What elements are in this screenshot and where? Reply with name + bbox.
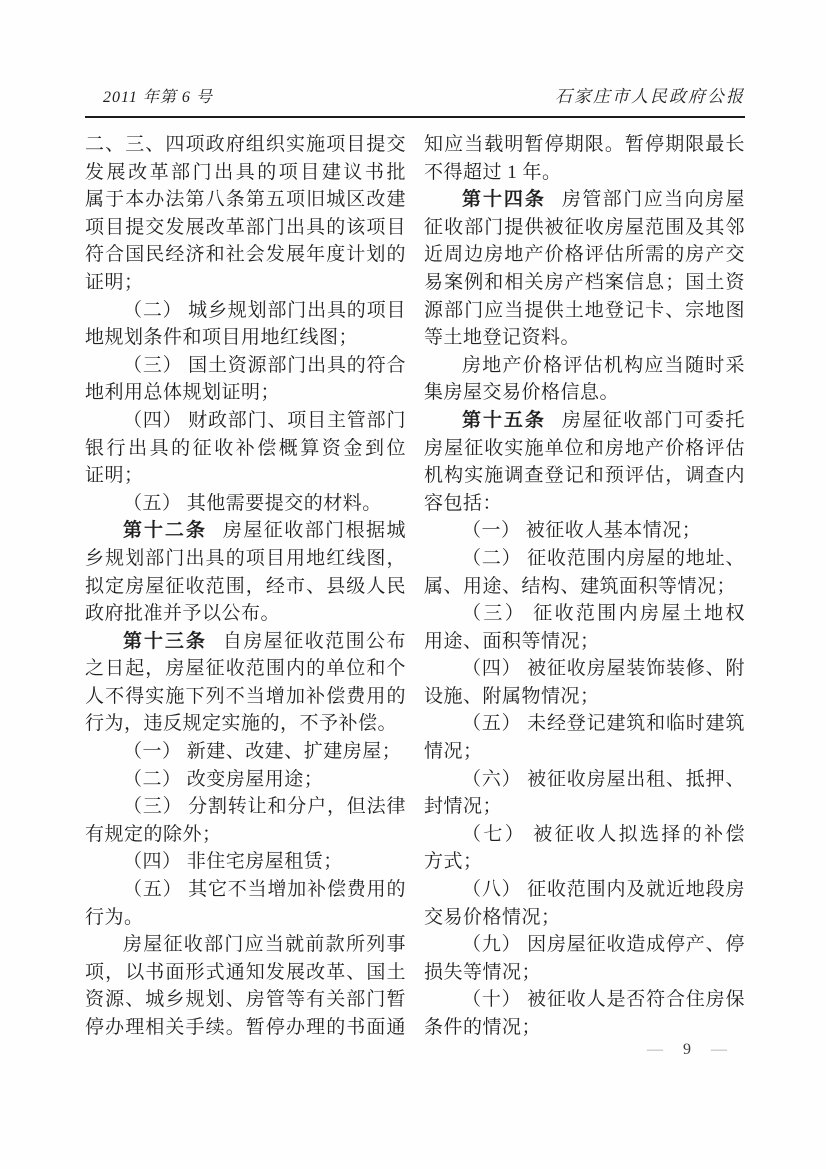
text-line: 属、用途、结构、建筑面积等情况； [424, 573, 745, 601]
text-line: 行为。 [85, 904, 406, 932]
text-line: （四） 非住宅房屋租赁； [85, 848, 406, 876]
text-line: 封情况； [424, 793, 745, 821]
text-line: 第十五条房屋征收部门可委托 [424, 407, 745, 435]
text-line: 源部门应当提供土地登记卡、宗地图 [424, 297, 745, 325]
text-line: 方式； [424, 848, 745, 876]
text-line: 拟定房屋征收范围，经市、县级人民 [85, 573, 406, 601]
text-line: 交易价格情况； [424, 904, 745, 932]
text-line: （四） 被征收房屋装饰装修、附属 [424, 655, 745, 683]
article-number: 第十五条 [462, 410, 562, 431]
text-line: 房地产价格评估机构应当随时采 [424, 352, 745, 380]
text-line: 之日起，房屋征收范围内的单位和个 [85, 655, 406, 683]
text-line: 项，以书面形式通知发展改革、国土 [85, 959, 406, 987]
text-line: 近周边房地产价格评估所需的房产交 [424, 241, 745, 269]
text-line: 银行出具的征收补偿概算资金到位 [85, 435, 406, 463]
text-line: 符合国民经济和社会发展年度计划的 [85, 241, 406, 269]
text-line: （七） 被征收人拟选择的补偿 [424, 821, 745, 849]
page-footer: — 9 — [85, 1041, 745, 1059]
article-number: 第十三条 [123, 631, 223, 652]
right-column: 知应当载明暂停期限。暂停期限最长不得超过 1 年。第十四条房管部门应当向房屋征收… [424, 131, 745, 1042]
text-line: （十） 被征收人是否符合住房保障 [424, 986, 745, 1014]
text-line: 房屋征收部门应当就前款所列事 [85, 931, 406, 959]
text-line: 征收部门提供被征收房屋范围及其邻 [424, 214, 745, 242]
text-line: 设施、附属物情况； [424, 683, 745, 711]
text-line: 易案例和相关房产档案信息；国土资 [424, 269, 745, 297]
text-line: 属于本办法第八条第五项旧城区改建 [85, 186, 406, 214]
text-line: 情况； [424, 738, 745, 766]
text-line: 政府批准并予以公布。 [85, 600, 406, 628]
text-line: （三） 国土资源部门出具的符合土 [85, 352, 406, 380]
text-line: （三） 征收范围内房屋土地权属、 [424, 600, 745, 628]
page-number: 9 [683, 1041, 691, 1058]
text-line: 用途、面积等情况； [424, 628, 745, 656]
text-line: （二） 征收范围内房屋的地址、权 [424, 545, 745, 573]
text-line: 房屋征收实施单位和房地产价格评估 [424, 435, 745, 463]
text-line: （一） 被征收人基本情况； [424, 517, 745, 545]
page-header: 2011 年第 6 号 石家庄市人民政府公报 [85, 82, 745, 118]
article-number: 第十四条 [462, 189, 562, 210]
text-line: （三） 分割转让和分户，但法律另 [85, 793, 406, 821]
gazette-page: 2011 年第 6 号 石家庄市人民政府公报 二、三、四项政府组织实施项目提交发… [0, 0, 826, 1169]
text-line: 机构实施调查登记和预评估，调查内 [424, 462, 745, 490]
issue-label: 2011 年第 6 号 [85, 84, 213, 107]
text-line: 容包括： [424, 490, 745, 518]
footer-dash-left: — [647, 1041, 663, 1058]
text-line: 等土地登记资料。 [424, 324, 745, 352]
text-line: （五） 其它不当增加补偿费用的 [85, 876, 406, 904]
text-line: （四） 财政部门、项目主管部门或 [85, 407, 406, 435]
text-line: 行为，违反规定实施的，不予补偿。 [85, 710, 406, 738]
text-line: 损失等情况； [424, 959, 745, 987]
text-line: （六） 被征收房屋出租、抵押、查 [424, 766, 745, 794]
text-line: 条件的情况； [424, 1014, 745, 1042]
text-line: （二） 城乡规划部门出具的项目用 [85, 297, 406, 325]
text-line: （九） 因房屋征收造成停产、停业 [424, 931, 745, 959]
text-line: 资源、城乡规划、房管等有关部门暂 [85, 986, 406, 1014]
text-line: 证明； [85, 269, 406, 297]
text-line: 第十二条房屋征收部门根据城 [85, 517, 406, 545]
text-line: 证明； [85, 462, 406, 490]
text-line: 集房屋交易价格信息。 [424, 379, 745, 407]
text-line: 发展改革部门出具的项目建议书批复； [85, 159, 406, 187]
article-number: 第十二条 [123, 520, 223, 541]
text-line: （八） 征收范围内及就近地段房屋 [424, 876, 745, 904]
publication-title: 石家庄市人民政府公报 [555, 82, 745, 107]
text-line: 项目提交发展改革部门出具的该项目 [85, 214, 406, 242]
text-line: 二、三、四项政府组织实施项目提交 [85, 131, 406, 159]
text-line: 第十三条自房屋征收范围公布 [85, 628, 406, 656]
text-line: （五） 其他需要提交的材料。 [85, 490, 406, 518]
text-line: （一） 新建、改建、扩建房屋； [85, 738, 406, 766]
text-line: 有规定的除外； [85, 821, 406, 849]
document-body: 二、三、四项政府组织实施项目提交发展改革部门出具的项目建议书批复；属于本办法第八… [85, 131, 745, 1042]
text-line: 人不得实施下列不当增加补偿费用的 [85, 683, 406, 711]
text-line: 乡规划部门出具的项目用地红线图， [85, 545, 406, 573]
text-line: 知应当载明暂停期限。暂停期限最长 [424, 131, 745, 159]
text-line: 不得超过 1 年。 [424, 159, 745, 187]
text-line: （二） 改变房屋用途； [85, 766, 406, 794]
text-line: （五） 未经登记建筑和临时建筑等 [424, 710, 745, 738]
text-line: 停办理相关手续。暂停办理的书面通 [85, 1014, 406, 1042]
text-line: 地利用总体规划证明； [85, 379, 406, 407]
text-line: 地规划条件和项目用地红线图； [85, 324, 406, 352]
footer-dash-right: — [711, 1041, 727, 1058]
left-column: 二、三、四项政府组织实施项目提交发展改革部门出具的项目建议书批复；属于本办法第八… [85, 131, 406, 1042]
text-line: 第十四条房管部门应当向房屋 [424, 186, 745, 214]
